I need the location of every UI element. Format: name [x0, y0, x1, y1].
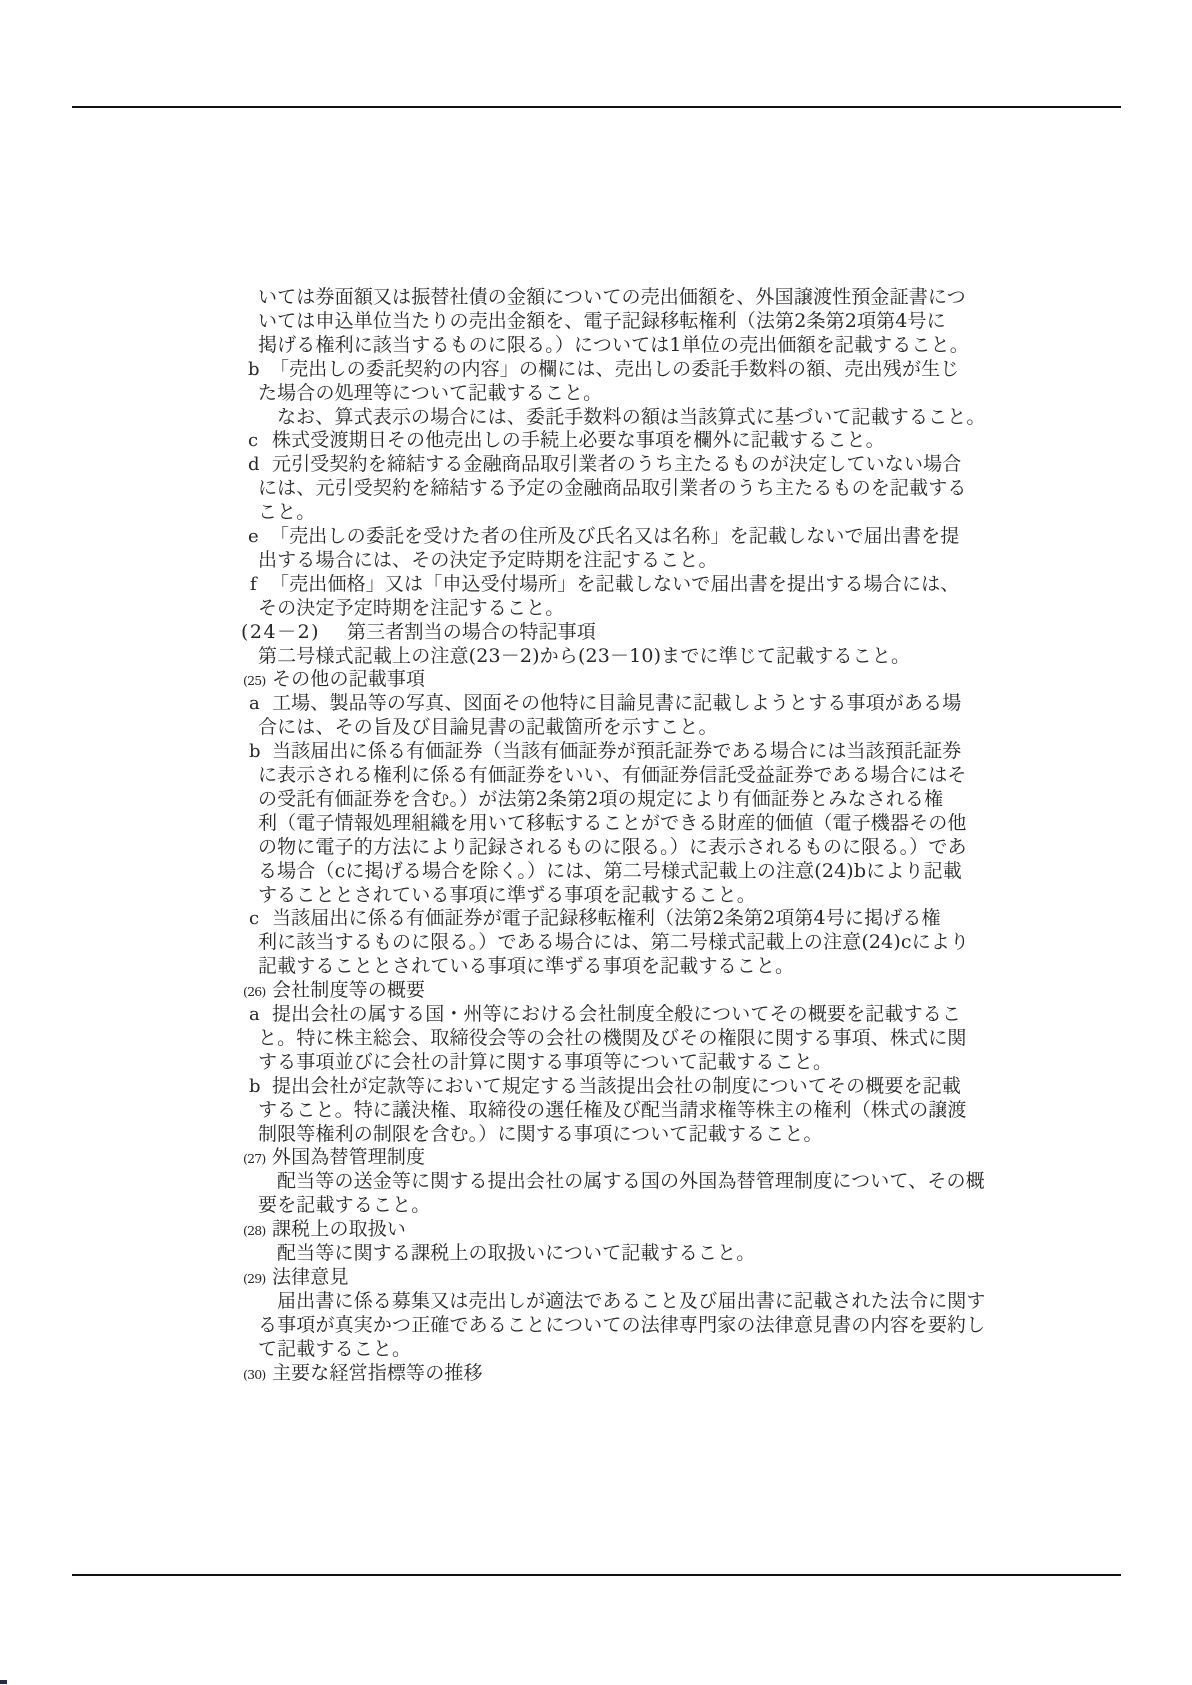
text-line: (24－2)第三者割当の場合の特記事項 — [0, 621, 1192, 645]
text-line: 出する場合には、その決定予定時期を注記すること。 — [0, 549, 1192, 573]
line-text: に表示される権利に係る有価証券をいい、有価証券信託受益証券である場合にはそ — [258, 764, 967, 788]
text-line: た場合の処理等について記載すること。 — [0, 382, 1192, 406]
line-text: その決定予定時期を注記すること。 — [258, 597, 564, 621]
text-line: すること。特に議決権、取締役の選任権及び配当請求権等株主の権利（株式の譲渡 — [0, 1099, 1192, 1123]
text-line: には、元引受契約を締結する予定の金融商品取引業者のうち主たるものを記載する — [0, 477, 1192, 501]
text-line: b「売出しの委託契約の内容」の欄には、売出しの委託手数料の額、売出残が生じ — [0, 358, 1192, 382]
line-marker: c — [248, 429, 258, 453]
text-line: する事項並びに会社の計算に関する事項等について記載すること。 — [0, 1051, 1192, 1075]
line-text: こと。 — [258, 501, 315, 525]
line-text: すること。特に議決権、取締役の選任権及び配当請求権等株主の権利（株式の譲渡 — [258, 1099, 967, 1123]
line-marker: b — [249, 1075, 261, 1099]
line-text: 外国為替管理制度 — [272, 1146, 425, 1170]
line-text: 掲げる権利に該当するものに限る。）については1単位の売出価額を記載すること。 — [258, 334, 969, 358]
text-line: 届出書に係る募集又は売出しが適法であること及び届出書に記載された法令に関す — [0, 1290, 1192, 1314]
line-text: 合には、その旨及び目論見書の記載箇所を示すこと。 — [258, 716, 718, 740]
text-line: その決定予定時期を注記すること。 — [0, 597, 1192, 621]
line-text: 主要な経営指標等の推移 — [272, 1362, 483, 1386]
line-text: 要を記載すること。 — [258, 1194, 430, 1218]
line-text: の物に電子的方法により記録されるものに限る。）に表示されるものに限る。）であ — [258, 836, 967, 860]
text-line: の受託有価証券を含む。）が法第2条第2項の規定により有価証券とみなされる権 — [0, 788, 1192, 812]
text-line: (30)主要な経営指標等の推移 — [0, 1362, 1192, 1386]
line-text: 利に該当するものに限る。）である場合には、第二号様式記載上の注意(24)cにより — [258, 931, 969, 955]
line-text: 法律意見 — [272, 1266, 349, 1290]
line-text: 配当等に関する課税上の取扱いについて記載すること。 — [277, 1242, 755, 1266]
text-line: に表示される権利に係る有価証券をいい、有価証券信託受益証券である場合にはそ — [0, 764, 1192, 788]
text-line: と。特に株主総会、取締役会等の会社の機関及びその権限に関する事項、株式に関 — [0, 1027, 1192, 1051]
line-text: 当該届出に係る有価証券が電子記録移転権利（法第2条第2項第4号に掲げる権 — [272, 907, 941, 931]
line-marker: b — [248, 358, 260, 382]
line-text: 配当等の送金等に関する提出会社の属する国の外国為替管理制度について、その概 — [277, 1170, 985, 1194]
text-line: (28)課税上の取扱い — [0, 1218, 1192, 1242]
line-text: 第三者割当の場合の特記事項 — [347, 621, 596, 645]
line-text: 工場、製品等の写真、図面その他特に目論見書に記載しようとする事項がある場 — [272, 692, 961, 716]
text-line: 合には、その旨及び目論見書の記載箇所を示すこと。 — [0, 716, 1192, 740]
line-marker: (30) — [243, 1363, 265, 1387]
text-line: f「売出価格」又は「申込受付場所」を記載しないで届出書を提出する場合には、 — [0, 573, 1192, 597]
scan-edge-artifact — [0, 1680, 7, 1684]
text-line: こと。 — [0, 501, 1192, 525]
line-text: 制限等権利の制限を含む。）に関する事項について記載すること。 — [258, 1123, 823, 1147]
text-line: る事項が真実かつ正確であることについての法律専門家の法律意見書の内容を要約し — [0, 1314, 1192, 1338]
line-text: て記載すること。 — [258, 1338, 411, 1362]
text-line: いては券面額又は振替社債の金額についての売出価額を、外国譲渡性預金証書につ — [0, 286, 1192, 310]
line-marker: f — [250, 573, 257, 597]
text-line: a工場、製品等の写真、図面その他特に目論見書に記載しようとする事項がある場 — [0, 692, 1192, 716]
line-marker: a — [249, 1003, 260, 1027]
line-marker: (26) — [243, 980, 265, 1004]
text-line: る場合（cに掲げる場合を除く。）には、第二号様式記載上の注意(24)bにより記載 — [0, 860, 1192, 884]
line-text: することとされている事項に準ずる事項を記載すること。 — [258, 884, 756, 908]
line-text: する事項並びに会社の計算に関する事項等について記載すること。 — [258, 1051, 832, 1075]
line-text: 「売出しの委託を受けた者の住所及び氏名又は名称」を記載しないで届出書を提 — [270, 525, 959, 549]
text-line: 第二号様式記載上の注意(23－2)から(23－10)までに準じて記載すること。 — [0, 645, 1192, 669]
text-line: 記載することとされている事項に準ずる事項を記載すること。 — [0, 955, 1192, 979]
text-line: 配当等に関する課税上の取扱いについて記載すること。 — [0, 1242, 1192, 1266]
line-text: 利（電子情報処理組織を用いて移転することができる財産的価値（電子機器その他 — [258, 812, 967, 836]
text-line: なお、算式表示の場合には、委託手数料の額は当該算式に基づいて記載すること。 — [0, 406, 1192, 430]
line-text: る事項が真実かつ正確であることについての法律専門家の法律意見書の内容を要約し — [258, 1314, 985, 1338]
text-line: (25)その他の記載事項 — [0, 668, 1192, 692]
line-text: 提出会社が定款等において規定する当該提出会社の制度についてその概要を記載 — [272, 1075, 961, 1099]
line-marker: e — [248, 525, 259, 549]
line-marker: (27) — [243, 1147, 265, 1171]
line-text: 出する場合には、その決定予定時期を注記すること。 — [258, 549, 718, 573]
line-marker: c — [249, 907, 259, 931]
line-text: その他の記載事項 — [272, 668, 425, 692]
line-text: 「売出価格」又は「申込受付場所」を記載しないで届出書を提出する場合には、 — [270, 573, 959, 597]
text-line: c当該届出に係る有価証券が電子記録移転権利（法第2条第2項第4号に掲げる権 — [0, 907, 1192, 931]
text-line: 配当等の送金等に関する提出会社の属する国の外国為替管理制度について、その概 — [0, 1170, 1192, 1194]
body-text: いては券面額又は振替社債の金額についての売出価額を、外国譲渡性預金証書については… — [0, 0, 1192, 1685]
line-text: た場合の処理等について記載すること。 — [258, 382, 602, 406]
text-line: 利（電子情報処理組織を用いて移転することができる財産的価値（電子機器その他 — [0, 812, 1192, 836]
text-line: (26)会社制度等の概要 — [0, 979, 1192, 1003]
text-line: 要を記載すること。 — [0, 1194, 1192, 1218]
text-line: 掲げる権利に該当するものに限る。）については1単位の売出価額を記載すること。 — [0, 334, 1192, 358]
line-text: 元引受契約を締結する金融商品取引業者のうち主たるものが決定していない場合 — [272, 453, 961, 477]
line-text: いては申込単位当たりの売出金額を、電子記録移転権利（法第2条第2項第4号に — [258, 310, 946, 334]
text-line: の物に電子的方法により記録されるものに限る。）に表示されるものに限る。）であ — [0, 836, 1192, 860]
line-marker: a — [249, 692, 260, 716]
document-page: いては券面額又は振替社債の金額についての売出価額を、外国譲渡性預金証書については… — [0, 0, 1192, 1685]
line-marker: (25) — [243, 669, 265, 693]
text-line: b提出会社が定款等において規定する当該提出会社の制度についてその概要を記載 — [0, 1075, 1192, 1099]
line-marker: (29) — [243, 1267, 265, 1291]
line-text: には、元引受契約を締結する予定の金融商品取引業者のうち主たるものを記載する — [258, 477, 967, 501]
line-text: 課税上の取扱い — [272, 1218, 406, 1242]
line-marker: b — [249, 740, 261, 764]
line-text: 記載することとされている事項に準ずる事項を記載すること。 — [258, 955, 794, 979]
line-text: いては券面額又は振替社債の金額についての売出価額を、外国譲渡性預金証書につ — [258, 286, 966, 310]
text-line: b当該届出に係る有価証券（当該有価証券が預託証券である場合には当該預託証券 — [0, 740, 1192, 764]
text-line: いては申込単位当たりの売出金額を、電子記録移転権利（法第2条第2項第4号に — [0, 310, 1192, 334]
line-text: 株式受渡期日その他売出しの手続上必要な事項を欄外に記載すること。 — [272, 429, 885, 453]
text-line: することとされている事項に準ずる事項を記載すること。 — [0, 884, 1192, 908]
line-text: 「売出しの委託契約の内容」の欄には、売出しの委託手数料の額、売出残が生じ — [270, 358, 959, 382]
bottom-rule — [72, 1574, 1121, 1576]
line-text: の受託有価証券を含む。）が法第2条第2項の規定により有価証券とみなされる権 — [258, 788, 943, 812]
line-text: なお、算式表示の場合には、委託手数料の額は当該算式に基づいて記載すること。 — [277, 406, 986, 430]
text-line: c株式受渡期日その他売出しの手続上必要な事項を欄外に記載すること。 — [0, 429, 1192, 453]
line-marker: (28) — [243, 1219, 265, 1243]
text-line: (27)外国為替管理制度 — [0, 1146, 1192, 1170]
text-line: e「売出しの委託を受けた者の住所及び氏名又は名称」を記載しないで届出書を提 — [0, 525, 1192, 549]
line-text: 提出会社の属する国・州等における会社制度全般についてその概要を記載するこ — [272, 1003, 961, 1027]
text-line: (29)法律意見 — [0, 1266, 1192, 1290]
line-text: 第二号様式記載上の注意(23－2)から(23－10)までに準じて記載すること。 — [258, 645, 910, 669]
line-marker: d — [248, 453, 260, 477]
text-line: て記載すること。 — [0, 1338, 1192, 1362]
line-text: 当該届出に係る有価証券（当該有価証券が預託証券である場合には当該預託証券 — [272, 740, 961, 764]
text-line: 利に該当するものに限る。）である場合には、第二号様式記載上の注意(24)cにより — [0, 931, 1192, 955]
line-marker: (24－2) — [241, 621, 320, 645]
line-text: 届出書に係る募集又は売出しが適法であること及び届出書に記載された法令に関す — [277, 1290, 986, 1314]
line-text: 会社制度等の概要 — [272, 979, 425, 1003]
text-line: d元引受契約を締結する金融商品取引業者のうち主たるものが決定していない場合 — [0, 453, 1192, 477]
text-line: a提出会社の属する国・州等における会社制度全般についてその概要を記載するこ — [0, 1003, 1192, 1027]
line-text: る場合（cに掲げる場合を除く。）には、第二号様式記載上の注意(24)bにより記載 — [258, 860, 962, 884]
text-line: 制限等権利の制限を含む。）に関する事項について記載すること。 — [0, 1123, 1192, 1147]
line-text: と。特に株主総会、取締役会等の会社の機関及びその権限に関する事項、株式に関 — [258, 1027, 967, 1051]
